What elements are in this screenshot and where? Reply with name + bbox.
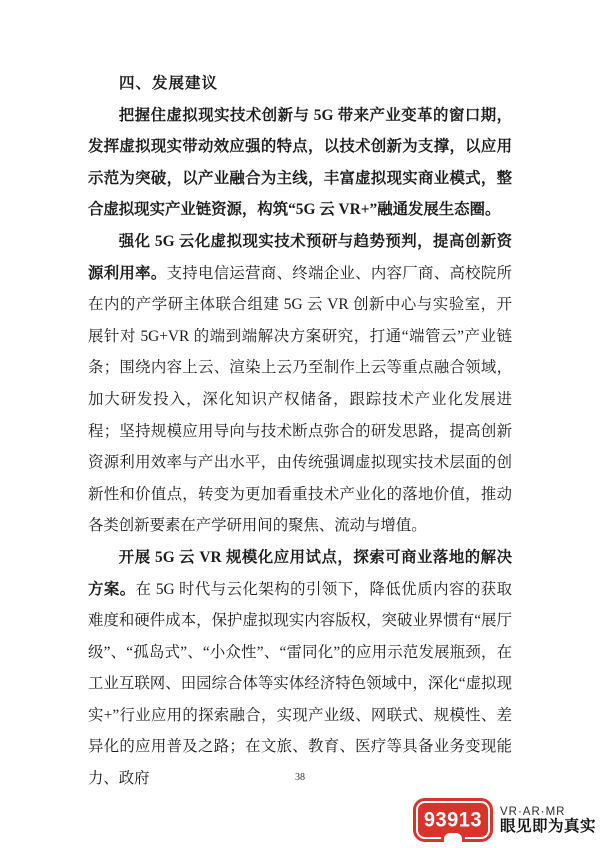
paragraph-research-text: 支持电信运营商、终端企业、内容厂商、高校院所在内的产学研主体联合组建 5G 云 …	[88, 265, 512, 535]
paragraph-intro: 把握住虚拟现实技术创新与 5G 带来产业变革的窗口期，发挥虚拟现实带动效应强的特…	[88, 100, 512, 226]
paragraph-research: 强化 5G 云化虚拟现实技术预研与趋势预判，提高创新资源利用率。支持电信运营商、…	[88, 226, 512, 542]
document-content: 四、发展建议 把握住虚拟现实技术创新与 5G 带来产业变革的窗口期，发挥虚拟现实…	[88, 68, 512, 795]
goggle-nose-notch	[441, 830, 465, 842]
logo-taglines: VR·AR·MR 眼见即为真实	[500, 806, 596, 836]
page-number: 38	[0, 772, 600, 783]
paragraph-pilot: 开展 5G 云 VR 规模化应用试点，探索可商业落地的解决方案。在 5G 时代与…	[88, 542, 512, 795]
paragraph-intro-bold-text: 把握住虚拟现实技术创新与 5G 带来产业变革的窗口期，发挥虚拟现实带动效应强的特…	[88, 107, 512, 219]
section-heading: 四、发展建议	[88, 68, 512, 100]
vr-goggles-icon: 93913	[416, 801, 490, 839]
logo-badge-text: 93913	[424, 808, 482, 832]
brand-logo: 93913 VR·AR·MR 眼见即为真实	[411, 796, 596, 845]
document-page: 四、发展建议 把握住虚拟现实技术创新与 5G 带来产业变革的窗口期，发挥虚拟现实…	[0, 0, 600, 848]
logo-tagline-bottom: 眼见即为真实	[500, 818, 596, 835]
paragraph-pilot-text: 在 5G 时代与云化架构的引领下，降低优质内容的获取难度和硬件成本，保护虚拟现实…	[88, 581, 512, 788]
logo-tagline-top: VR·AR·MR	[500, 806, 596, 819]
